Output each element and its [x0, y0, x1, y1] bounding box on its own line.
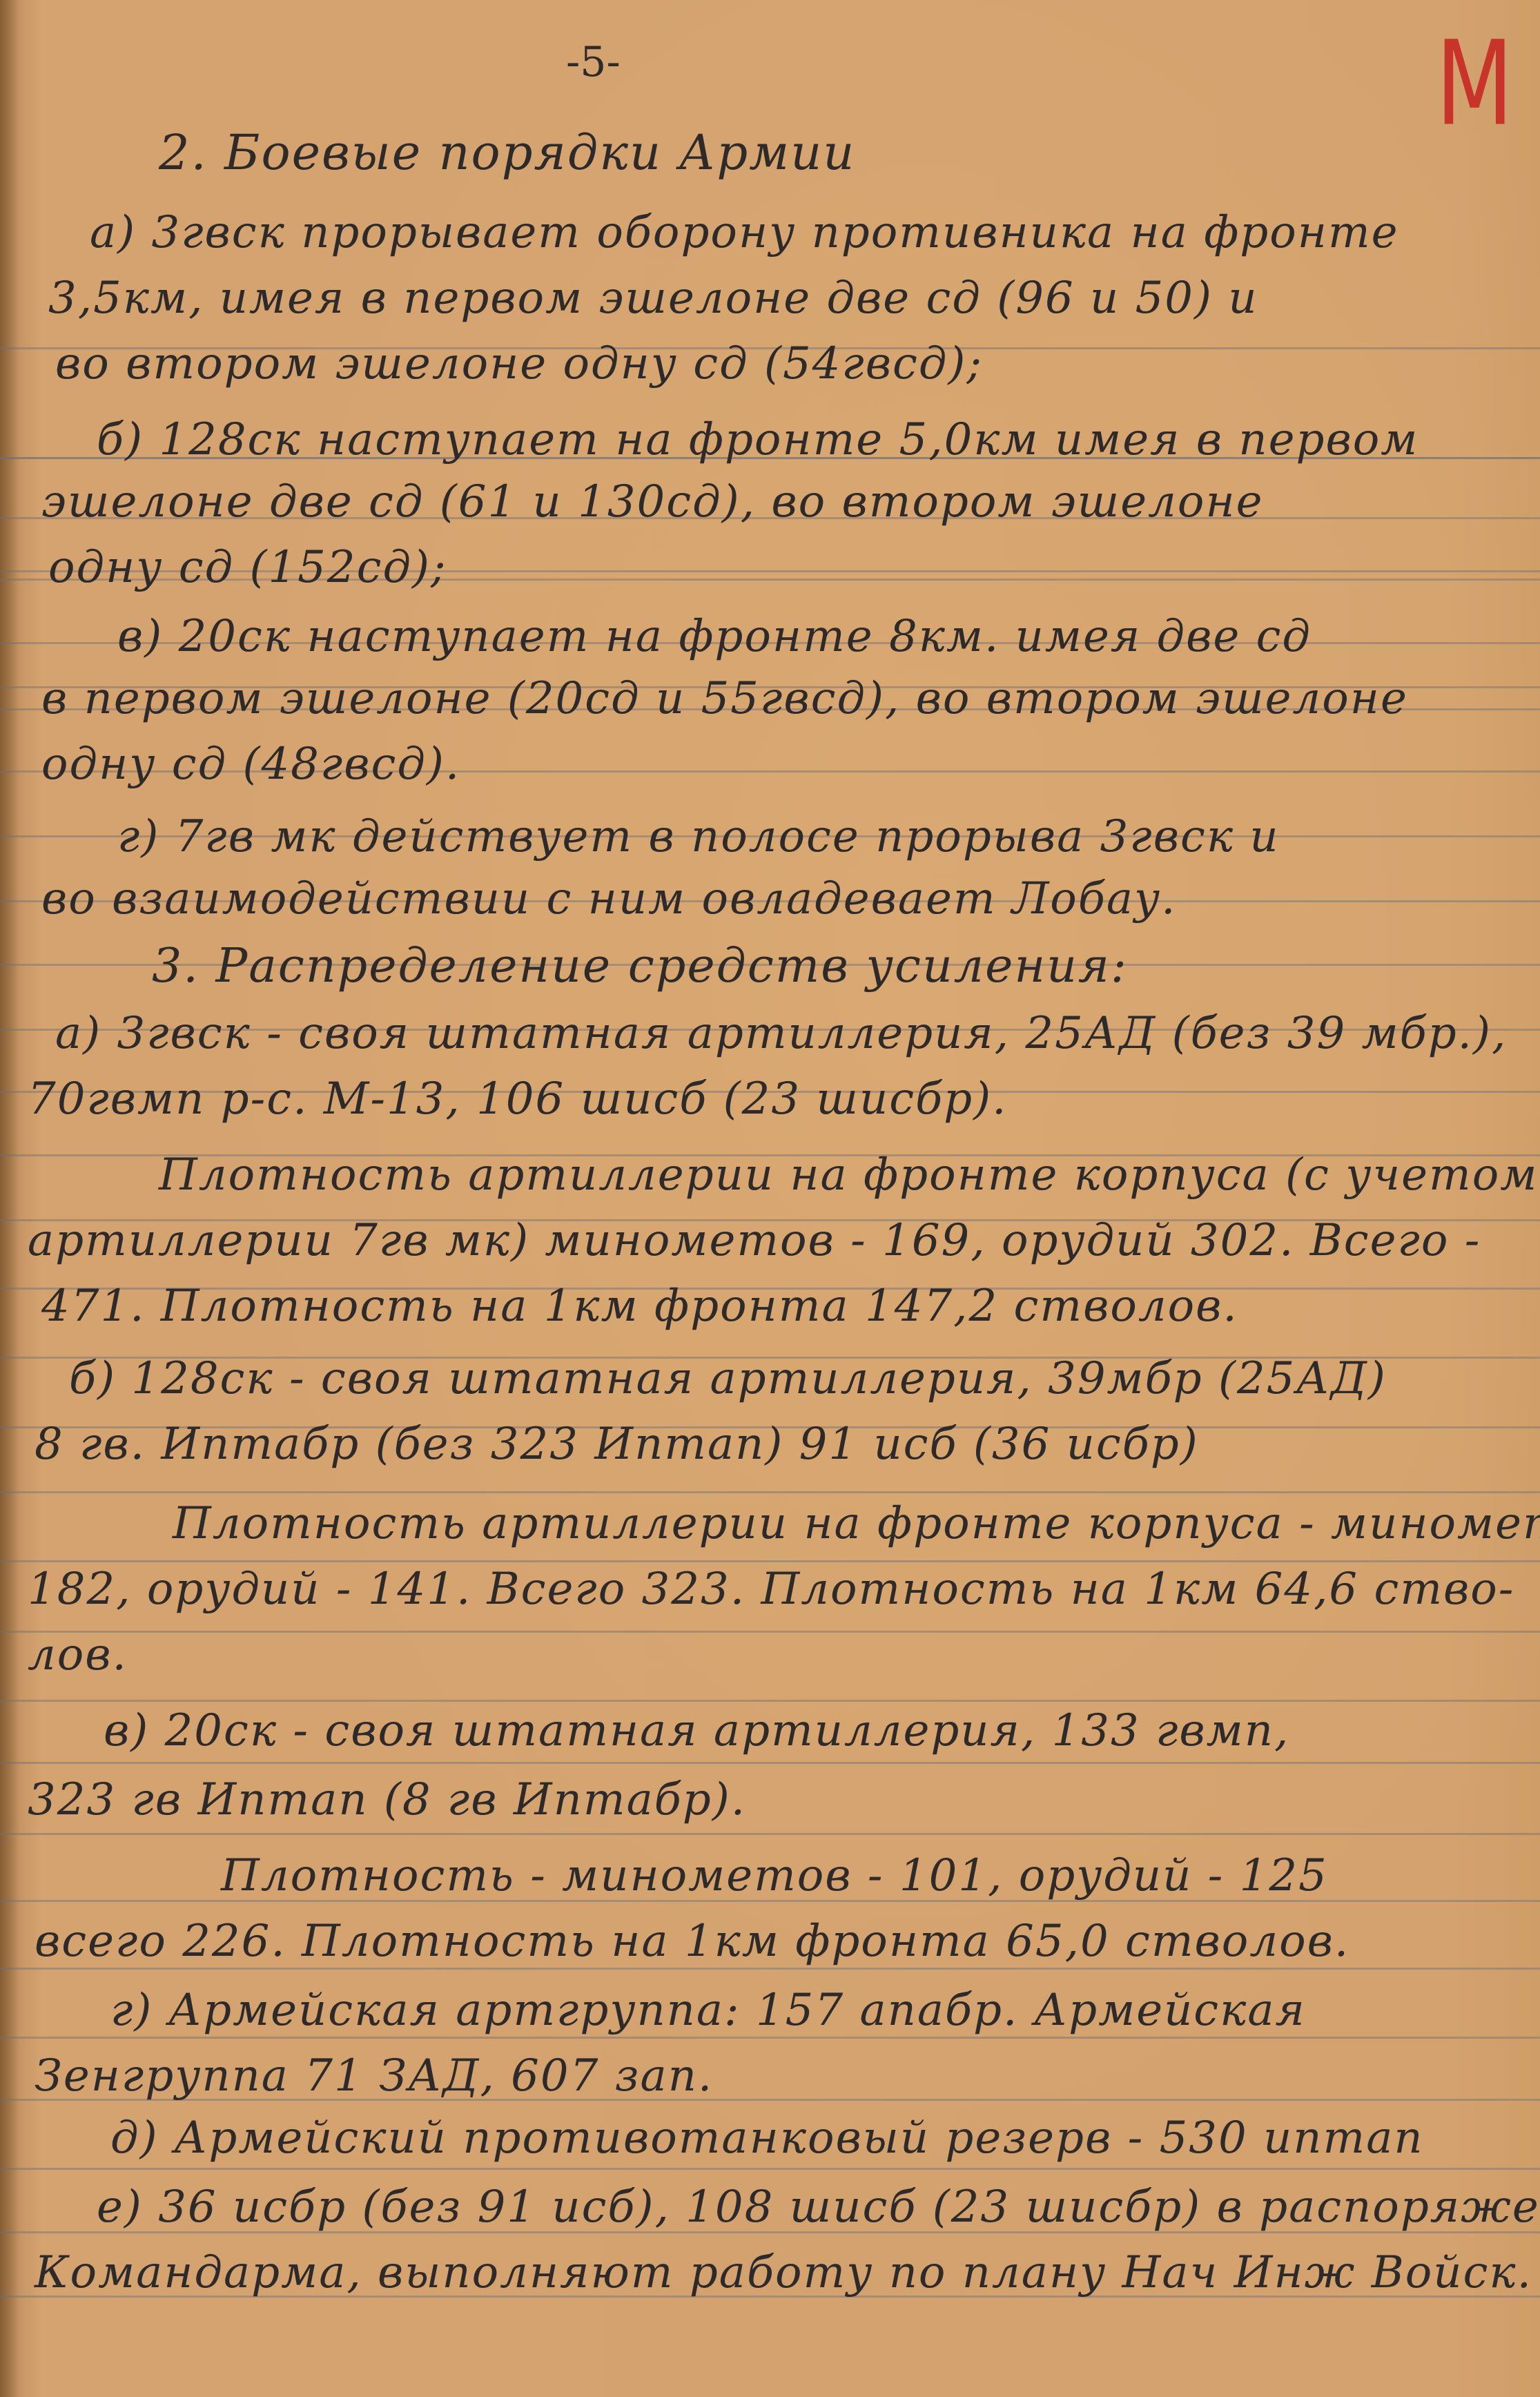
- archive-mark: М: [1436, 15, 1513, 152]
- ruled-line: [0, 1968, 1540, 1970]
- ruled-line: [0, 1700, 1540, 1702]
- text-line: а) 3гвск - своя штатная артиллерия, 25АД…: [55, 1008, 1507, 1059]
- section-heading-reinforcement: 3. Распределение средств усиления:: [152, 939, 1128, 993]
- ruled-line: [0, 2168, 1540, 2170]
- ruled-line: [0, 1491, 1540, 1493]
- text-line: в) 20ск наступает на фронте 8км. имея дв…: [117, 611, 1312, 662]
- text-line: 70гвмп р-с. М-13, 106 шисб (23 шисбр).: [28, 1074, 1007, 1125]
- text-line: б) 128ск - своя штатная артиллерия, 39мб…: [69, 1353, 1387, 1404]
- text-line: 471. Плотность на 1км фронта 147,2 ствол…: [41, 1281, 1238, 1332]
- text-line: эшелоне две сд (61 и 130сд), во втором э…: [41, 476, 1263, 527]
- text-line: одну сд (152сд);: [48, 542, 447, 593]
- ruled-line: [0, 1762, 1540, 1764]
- text-line: Плотность - минометов - 101, орудий - 12…: [221, 1850, 1328, 1901]
- text-line: одну сд (48гвсд).: [41, 739, 460, 790]
- ruled-line: [0, 2037, 1540, 2039]
- text-line: Зенгруппа 71 ЗАД, 607 зап.: [35, 2050, 713, 2102]
- ruled-line: [0, 1560, 1540, 1562]
- page-number: -5-: [566, 38, 621, 86]
- text-line: 323 гв Иптап (8 гв Иптабр).: [28, 1774, 746, 1825]
- text-line: г) 7гв мк действует в полосе прорыва 3гв…: [117, 811, 1280, 862]
- text-line: в первом эшелоне (20сд и 55гвсд), во вто…: [41, 673, 1408, 724]
- ruled-line: [0, 1631, 1540, 1633]
- text-line: е) 36 исбр (без 91 исб), 108 шисб (23 ши…: [97, 2182, 1540, 2233]
- section-heading-battle-orders: 2. Боевые порядки Армии: [159, 124, 855, 181]
- text-line: 8 гв. Иптабр (без 323 Иптап) 91 исб (36 …: [35, 1419, 1199, 1470]
- text-line: всего 226. Плотность на 1км фронта 65,0 …: [35, 1916, 1349, 1967]
- text-line: лов.: [28, 1629, 128, 1680]
- text-line: в) 20ск - своя штатная артиллерия, 133 г…: [104, 1705, 1289, 1756]
- document-page: -5- М 2. Боевые порядки Армии а) 3гвск п…: [0, 0, 1540, 2397]
- text-line: во втором эшелоне одну сд (54гвсд);: [55, 338, 983, 389]
- text-line: б) 128ск наступает на фронте 5,0км имея …: [97, 414, 1419, 465]
- text-line: г) Армейская артгруппа: 157 апабр. Армей…: [110, 1985, 1306, 2036]
- text-line: Командарма, выполняют работу по плану На…: [35, 2247, 1532, 2298]
- text-line: а) 3гвск прорывает оборону противника на…: [90, 207, 1399, 258]
- text-line: 182, орудий - 141. Всего 323. Плотность …: [28, 1564, 1514, 1615]
- text-line: д) Армейский противотанковый резерв - 53…: [110, 2113, 1424, 2164]
- ruled-line: [0, 1833, 1540, 1835]
- text-line: во взаимодействии с ним овладевает Лобау…: [41, 873, 1177, 924]
- text-line: Плотность артиллерии на фронте корпуса (…: [159, 1149, 1538, 1201]
- text-line: 3,5км, имея в первом эшелоне две сд (96 …: [48, 273, 1258, 324]
- text-line: Плотность артиллерии на фронте корпуса -…: [173, 1498, 1540, 1549]
- text-line: артиллерии 7гв мк) минометов - 169, оруд…: [28, 1215, 1481, 1266]
